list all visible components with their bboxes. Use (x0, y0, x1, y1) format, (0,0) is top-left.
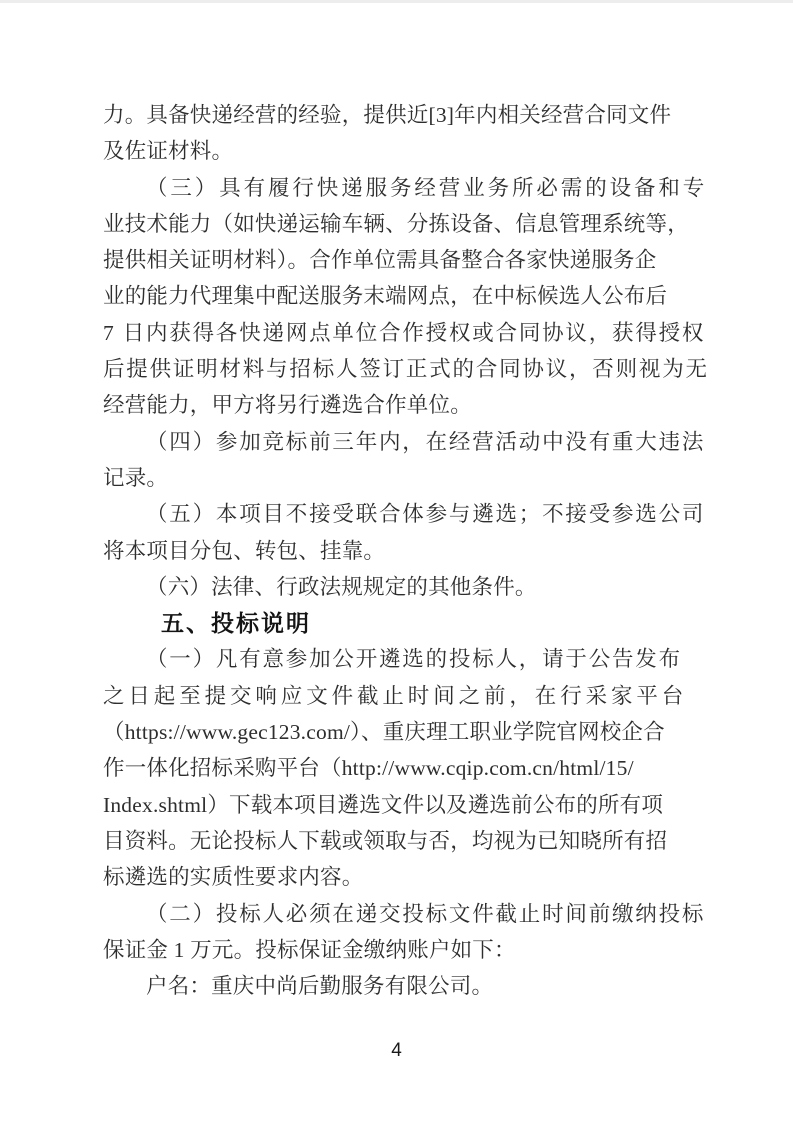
text-line: （六）法律、行政法规规定的其他条件。 (103, 569, 685, 605)
text-line: 后提供证明材料与招标人签订正式的合同协议，否则视为无 (103, 351, 685, 387)
text-line: （https://www.gec123.com/）、重庆理工职业学院官网校企合 (103, 714, 685, 750)
page-top-edge (0, 0, 793, 3)
text-line: 业的能力代理集中配送服务末端网点，在中标候选人公布后 (103, 278, 685, 314)
text-line: 提供相关证明材料）。合作单位需具备整合各家快递服务企 (103, 242, 685, 278)
page-number: 4 (0, 1040, 793, 1062)
section-heading: 五、投标说明 (103, 605, 685, 641)
text-line: （四）参加竞标前三年内，在经营活动中没有重大违法 (103, 424, 685, 460)
text-line: （二）投标人必须在递交投标文件截止时间前缴纳投标 (103, 896, 685, 932)
text-line: 目资料。无论投标人下载或领取与否，均视为已知晓所有招 (103, 823, 685, 859)
text-line: 7 日内获得各快递网点单位合作授权或合同协议，获得授权 (103, 315, 685, 351)
text-line: 户名：重庆中尚后勤服务有限公司。 (103, 968, 685, 1004)
document-page: 力。具备快递经营的经验，提供近[3]年内相关经营合同文件及佐证材料。（三）具有履… (0, 0, 793, 1122)
text-line: Index.shtml）下载本项目遴选文件以及遴选前公布的所有项 (103, 787, 685, 823)
text-line: （五）本项目不接受联合体参与遴选；不接受参选公司 (103, 496, 685, 532)
text-line: （一）凡有意参加公开遴选的投标人，请于公告发布 (103, 641, 685, 677)
text-line: 业技术能力（如快递运输车辆、分拣设备、信息管理系统等， (103, 206, 685, 242)
document-body: 力。具备快递经营的经验，提供近[3]年内相关经营合同文件及佐证材料。（三）具有履… (103, 97, 685, 1004)
text-line: 作一体化招标采购平台（http://www.cqip.com.cn/html/1… (103, 750, 685, 786)
text-line: 标遴选的实质性要求内容。 (103, 859, 685, 895)
text-line: 之日起至提交响应文件截止时间之前，在行采家平台 (103, 678, 685, 714)
text-line: （三）具有履行快递服务经营业务所必需的设备和专 (103, 170, 685, 206)
text-line: 经营能力，甲方将另行遴选合作单位。 (103, 387, 685, 423)
text-line: 记录。 (103, 460, 685, 496)
text-line: 及佐证材料。 (103, 133, 685, 169)
text-line: 将本项目分包、转包、挂靠。 (103, 533, 685, 569)
text-line: 力。具备快递经营的经验，提供近[3]年内相关经营合同文件 (103, 97, 685, 133)
text-line: 保证金 1 万元。投标保证金缴纳账户如下： (103, 932, 685, 968)
